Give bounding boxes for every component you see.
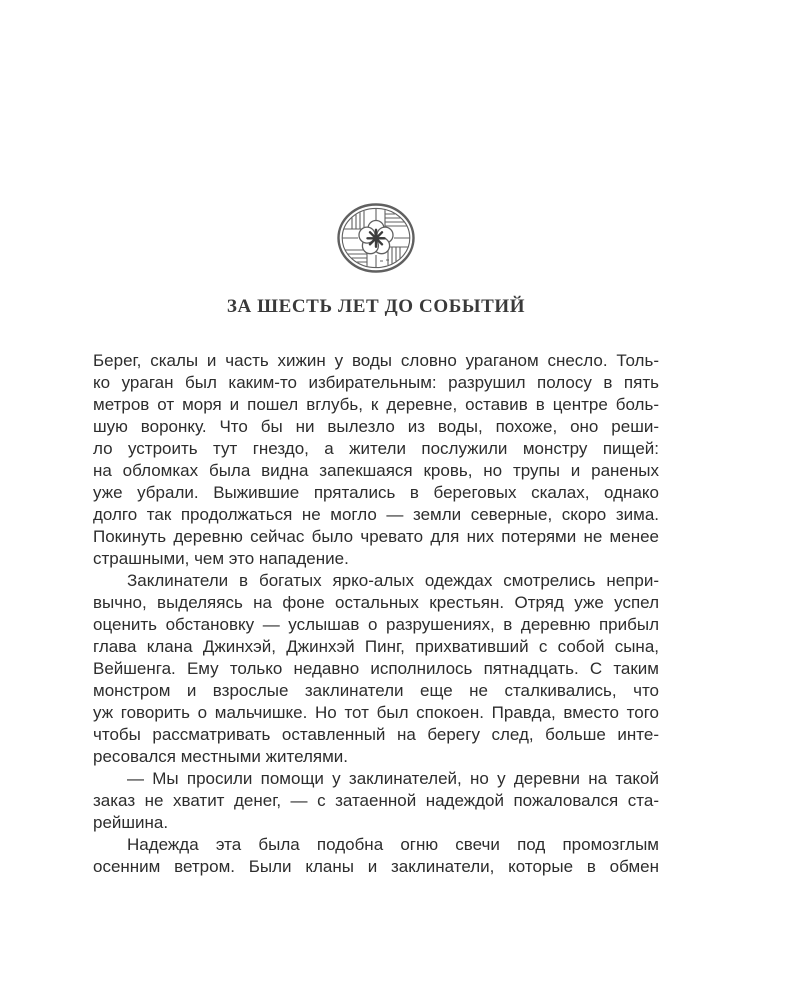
text-line: оценить обстановку — услышав о разрушени…: [93, 614, 659, 636]
chapter-ornament: [336, 203, 416, 273]
text-line: чтобы рассматривать оставленный на берег…: [93, 724, 659, 746]
text-line: ко ураган был каким-то избирательным: ра…: [93, 372, 659, 394]
text-line: уж говорить о мальчишке. Но тот был спок…: [93, 702, 659, 724]
text-line: осенним ветром. Были кланы и заклинатели…: [93, 856, 659, 878]
text-line: глава клана Джинхэй, Джинхэй Пинг, прихв…: [93, 636, 659, 658]
text-line: Покинуть деревню сейчас было чревато для…: [93, 526, 659, 548]
text-column: ЗА ШЕСТЬ ЛЕТ ДО СОБЫТИЙ Берег, скалы и ч…: [93, 0, 659, 878]
text-line: Берег, скалы и часть хижин у воды словно…: [93, 350, 659, 372]
book-page: ЗА ШЕСТЬ ЛЕТ ДО СОБЫТИЙ Берег, скалы и ч…: [0, 0, 800, 1000]
text-line: ло устроить тут гнездо, а жители послужи…: [93, 438, 659, 460]
plum-blossom-lattice-icon: [336, 203, 416, 273]
text-line: ресовался местными жителями.: [93, 746, 659, 768]
text-line: уже убрали. Выжившие прятались в берегов…: [93, 482, 659, 504]
text-line: Заклинатели в богатых ярко-алых одеждах …: [93, 570, 659, 592]
text-line: монстром и взрослые заклинатели еще не с…: [93, 680, 659, 702]
body-text: Берег, скалы и часть хижин у воды словно…: [93, 350, 659, 878]
chapter-title: ЗА ШЕСТЬ ЛЕТ ДО СОБЫТИЙ: [93, 295, 659, 319]
text-line: Надежда эта была подобна огню свечи под …: [93, 834, 659, 856]
text-line: на обломках была видна запекшаяся кровь,…: [93, 460, 659, 482]
text-line: вычно, выделяясь на фоне остальных крест…: [93, 592, 659, 614]
text-line: — Мы просили помощи у заклинателей, но у…: [93, 768, 659, 790]
text-line: Вейшенга. Ему только недавно исполнилось…: [93, 658, 659, 680]
text-line: заказ не хватит денег, — с затаенной над…: [93, 790, 659, 812]
text-line: рейшина.: [93, 812, 659, 834]
text-line: метров от моря и пошел вглубь, к деревне…: [93, 394, 659, 416]
text-line: шую воронку. Что бы ни вылезло из воды, …: [93, 416, 659, 438]
text-line: страшными, чем это нападение.: [93, 548, 659, 570]
text-line: долго так продолжаться не могло — земли …: [93, 504, 659, 526]
